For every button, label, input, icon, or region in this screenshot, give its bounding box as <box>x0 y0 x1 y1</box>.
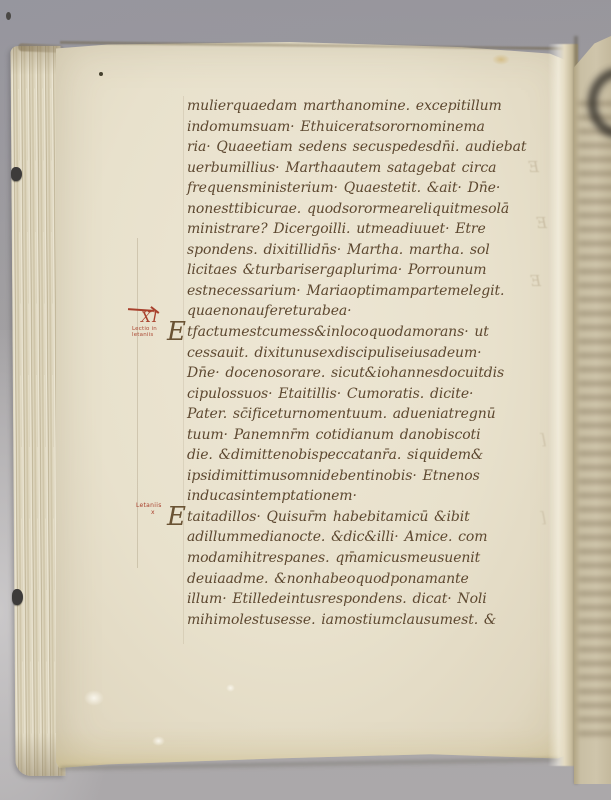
line-text: illum· Etilledeintusrespondens. dicat· N… <box>187 591 487 607</box>
showthrough-letter: E <box>536 214 547 232</box>
ruling-line <box>137 238 138 568</box>
line-text: licitaes &turbarisergaplurima· Porrounum <box>187 262 486 278</box>
line-text: mulierquaedam marthanomine. excepitillum <box>187 98 502 114</box>
manuscript-text-line: deuiaadme. &nonhabeoquodponamante <box>187 569 532 590</box>
line-text: quaenonaufereturabea· <box>187 303 352 319</box>
line-text: ria· Quaeetiam sedens secuspedesdn̄i. au… <box>187 139 526 155</box>
line-text: Pater. sc̄ificeturnomentuum. adueniatreg… <box>187 406 496 422</box>
line-text: tfactumestcumess&inlocoquodamorans· ut <box>187 324 489 340</box>
leather-tab-marker <box>12 589 23 605</box>
manuscript-text-line: spondens. dixitillidn̄s· Martha. martha.… <box>187 240 532 261</box>
line-text: uerbumillius· Marthaautem satagebat circ… <box>187 160 496 176</box>
chapter-number: XI <box>141 310 159 326</box>
parchment-flaw <box>84 690 104 706</box>
line-text: inducasintemptationem· <box>187 488 357 504</box>
manuscript-text-line: Pater. sc̄ificeturnomentuum. adueniatreg… <box>187 404 532 425</box>
manuscript-text-line: mihimolestusesse. iamostiumclausumest. & <box>187 610 532 631</box>
ruling-line <box>183 96 184 644</box>
manuscript-text-line: ministrare? Dicergoilli. utmeadiuuet· Et… <box>187 219 532 240</box>
line-text: Dn̄e· docenosorare. sicut&iohannesdocuit… <box>187 365 504 381</box>
line-text: indomumsuam· Ethuiceratsorornominema <box>187 119 485 135</box>
parchment-flaw <box>152 736 165 746</box>
line-text: frequensministerium· Quaestetit. &ait· D… <box>187 180 500 196</box>
manuscript-text-line: inducasintemptationem· <box>187 486 532 507</box>
enlarged-initial: E <box>167 504 186 530</box>
manuscript-text-line: licitaes &turbarisergaplurima· Porrounum <box>187 260 532 281</box>
chapter-note: Lectio in letaniis <box>132 326 157 338</box>
manuscript-text-line: estnecessarium· Mariaoptimampartemelegit… <box>187 281 532 302</box>
manuscript-text-line: cipulossuos· Etaitillis· Cumoratis. dici… <box>187 384 532 405</box>
line-text: ministrare? Dicergoilli. utmeadiuuet· Et… <box>187 221 486 237</box>
manuscript-text-line: die. &dimittenobispeccatanr̄a. siquidem& <box>187 445 532 466</box>
line-text: tuum· Panemnr̄m cotidianum danobiscoti <box>187 427 480 443</box>
line-text: adillummedianocte. &dic&illi· Amice. com <box>187 529 487 545</box>
manuscript-photo: E E E [ [ XI Lectio in letaniis Letaniis… <box>0 0 611 800</box>
line-text: ipsidimittimusomnidebentinobis· Etnenos <box>187 468 480 484</box>
manuscript-text-line: cessauit. dixitunusexdiscipuliseiusadeum… <box>187 343 532 364</box>
manuscript-text-line: Dn̄e· docenosorare. sicut&iohannesdocuit… <box>187 363 532 384</box>
enlarged-initial: E <box>167 319 186 345</box>
line-text: cessauit. dixitunusexdiscipuliseiusadeum… <box>187 345 481 361</box>
line-text: spondens. dixitillidn̄s· Martha. martha.… <box>187 242 490 258</box>
manuscript-text-line: ipsidimittimusomnidebentinobis· Etnenos <box>187 466 532 487</box>
line-text: mihimolestusesse. iamostiumclausumest. & <box>187 612 496 628</box>
showthrough-letter: [ <box>540 508 546 526</box>
manuscript-text-line: mulierquaedam marthanomine. excepitillum <box>187 96 532 117</box>
manuscript-text-line: adillummedianocte. &dic&illi· Amice. com <box>187 527 532 548</box>
line-text: modamihitrespanes. qm̄amicusmeusuenit <box>187 550 480 566</box>
lection-note: Letaniis <box>136 502 162 509</box>
leather-tab-marker <box>11 167 22 181</box>
parchment-flaw <box>226 684 235 692</box>
manuscript-text-line: indomumsuam· Ethuiceratsorornominema <box>187 117 532 138</box>
chapter-note-line: letaniis <box>132 332 157 338</box>
manuscript-text-line: modamihitrespanes. qm̄amicusmeusuenit <box>187 548 532 569</box>
ink-speck <box>99 72 103 76</box>
manuscript-text-line: quaenonaufereturabea· <box>187 301 532 322</box>
line-text: taitadillos· Quisur̄m habebitamicū &ibit <box>187 509 470 525</box>
line-text: deuiaadme. &nonhabeoquodponamante <box>187 571 469 587</box>
manuscript-text-line: Etfactumestcumess&inlocoquodamorans· ut <box>187 322 532 343</box>
manuscript-text-line: uerbumillius· Marthaautem satagebat circ… <box>187 158 532 179</box>
manuscript-text-line: tuum· Panemnr̄m cotidianum danobiscoti <box>187 425 532 446</box>
line-text: cipulossuos· Etaitillis· Cumoratis. dici… <box>187 386 473 402</box>
manuscript-text-line: nonesttibicurae. quodsorormeareliquitmes… <box>187 199 532 220</box>
manuscript-text-line: illum· Etilledeintusrespondens. dicat· N… <box>187 589 532 610</box>
line-text: die. &dimittenobispeccatanr̄a. siquidem& <box>187 447 483 463</box>
manuscript-text-line: Etaitadillos· Quisur̄m habebitamicū &ibi… <box>187 507 532 528</box>
blurred-text-lines <box>578 96 611 736</box>
line-text: estnecessarium· Mariaoptimampartemelegit… <box>187 283 504 299</box>
facing-page-blurred <box>574 36 611 784</box>
line-text: nonesttibicurae. quodsorormeareliquitmes… <box>187 201 509 217</box>
manuscript-text-line: ria· Quaeetiam sedens secuspedesdn̄i. au… <box>187 137 532 158</box>
manuscript-text-line: frequensministerium· Quaestetit. &ait· D… <box>187 178 532 199</box>
text-block: mulierquaedam marthanomine. excepitillum… <box>187 96 532 630</box>
edge-speck <box>6 12 11 20</box>
showthrough-letter: [ <box>540 430 546 448</box>
lection-mark: x <box>151 509 155 516</box>
parchment-stain <box>492 54 510 65</box>
